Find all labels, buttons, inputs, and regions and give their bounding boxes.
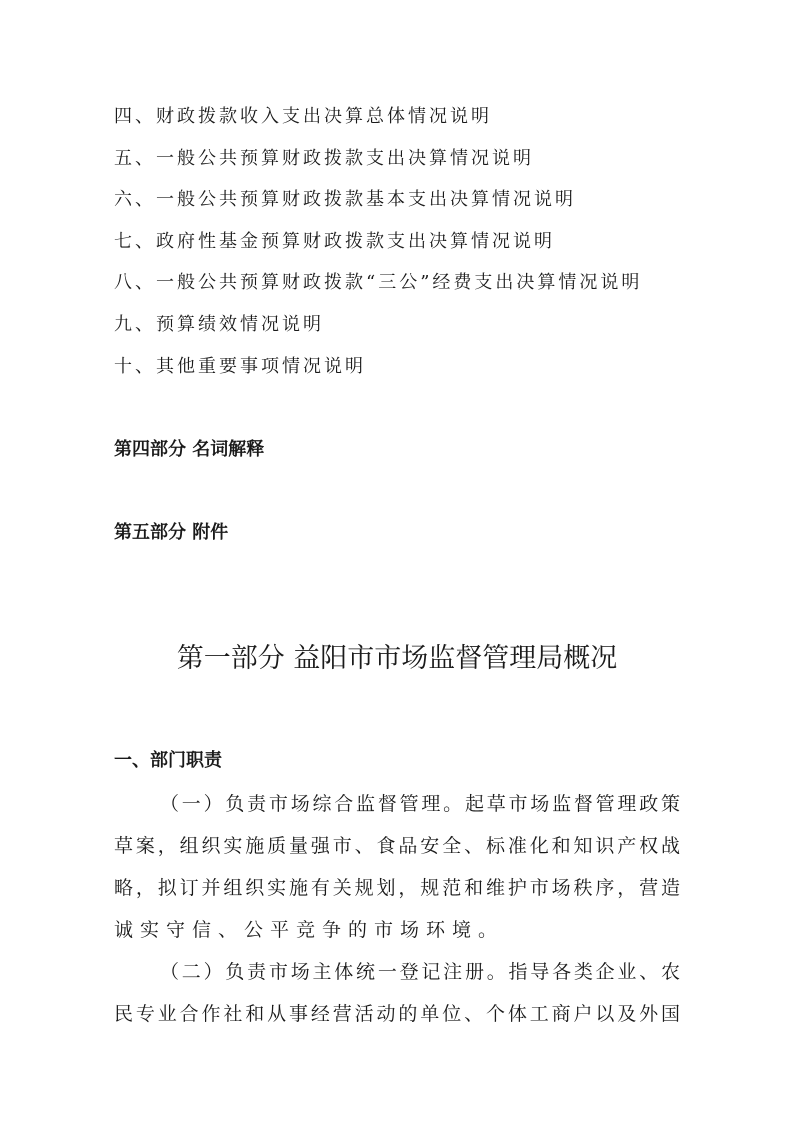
- toc-part-4: 第四部分 名词解释: [114, 439, 264, 461]
- toc-item-10: 十、其他重要事项情况说明: [114, 356, 366, 378]
- paragraph-line: 草案，组织实施质量强市、食品安全、标准化和知识产权战: [114, 834, 680, 858]
- paragraph-line: 诚实守信、公平竞争的市场环境。: [114, 918, 680, 942]
- toc-item-8: 八、一般公共预算财政拨款“三公”经费支出决算情况说明: [114, 272, 642, 294]
- chapter-title: 第一部分 益阳市市场监督管理局概况: [0, 642, 794, 676]
- toc-item-4: 四、财政拨款收入支出决算总体情况说明: [114, 106, 492, 128]
- toc-item-6: 六、一般公共预算财政拨款基本支出决算情况说明: [114, 189, 576, 211]
- section-heading: 一、部门职责: [114, 750, 222, 772]
- toc-part-5: 第五部分 附件: [114, 522, 228, 544]
- paragraph-line: （一）负责市场综合监督管理。起草市场监督管理政策: [160, 792, 680, 816]
- toc-item-9: 九、预算绩效情况说明: [114, 314, 324, 336]
- paragraph-line: （二）负责市场主体统一登记注册。指导各类企业、农: [160, 960, 680, 984]
- toc-item-5: 五、一般公共预算财政拨款支出决算情况说明: [114, 148, 534, 170]
- paragraph-line: 民专业合作社和从事经营活动的单位、个体工商户以及外国: [114, 1002, 680, 1026]
- document-page: 四、财政拨款收入支出决算总体情况说明 五、一般公共预算财政拨款支出决算情况说明 …: [0, 0, 794, 1122]
- toc-item-7: 七、政府性基金预算财政拨款支出决算情况说明: [114, 231, 555, 253]
- paragraph-line: 略，拟订并组织实施有关规划，规范和维护市场秩序，营造: [114, 876, 680, 900]
